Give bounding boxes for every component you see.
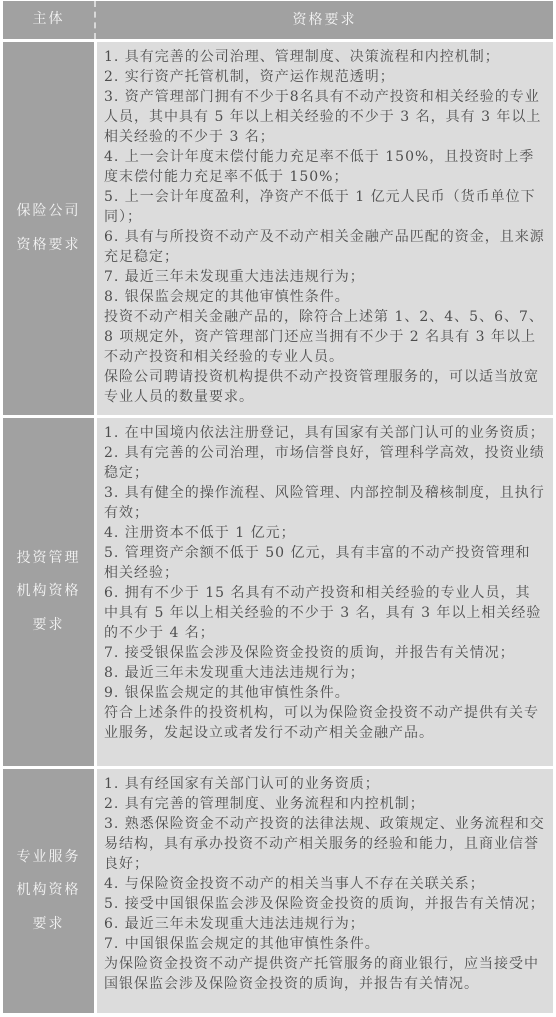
requirement-item: 6. 具有与所投资不动产及不动产相关金融产品匹配的资金，且来源充足稳定； — [104, 227, 545, 267]
row-label-line: 机构资格 — [17, 575, 81, 609]
requirement-item: 5. 接受中国银保监会涉及保险资金投资的质询，并报告有关情况； — [104, 894, 545, 914]
requirement-item: 投资不动产相关金融产品的，除符合上述第 1、2、4、5、6、7、8 项规定外，资… — [104, 307, 545, 367]
requirement-item: 5. 管理资产余额不低于 50 亿元，具有丰富的不动产投资管理和相关经验； — [104, 543, 545, 583]
requirement-item: 为保险资金投资不动产提供资产托管服务的商业银行，应当接受中国银保监会涉及保险资金… — [104, 954, 545, 994]
row-label-line: 资格要求 — [17, 229, 81, 263]
table-row: 保险公司资格要求 1. 具有完善的公司治理、管理制度、决策流程和内控机制；2. … — [3, 42, 553, 415]
requirement-item: 3. 具有健全的操作流程、风险管理、内部控制及稽核制度，且执行有效； — [104, 483, 545, 523]
table-row: 专业服务机构资格要求 1. 具有经国家有关部门认可的业务资质；2. 具有完善的管… — [3, 769, 553, 1013]
row-label-line: 保险公司 — [17, 195, 81, 229]
requirement-item: 2. 具有完善的管理制度、业务流程和内控机制； — [104, 794, 545, 814]
row-label-line: 机构资格 — [17, 874, 81, 908]
requirement-item: 7. 中国银保监会规定的其他审慎性条件。 — [104, 934, 545, 954]
requirement-item: 4. 上一会计年度末偿付能力充足率不低于 150%，且投资时上季度末偿付能力充足… — [104, 147, 545, 187]
row-label: 保险公司资格要求 — [3, 42, 94, 415]
row-label-line: 要求 — [33, 908, 65, 942]
requirement-item: 6. 拥有不少于 15 名具有不动产投资和相关经验的专业人员，其中具有 5 年以… — [104, 583, 545, 643]
row-requirements: 1. 在中国境内依法注册登记，具有国家有关部门认可的业务资质；2. 具有完善的公… — [97, 418, 553, 766]
header-requirement: 资格要求 — [94, 1, 553, 39]
requirement-item: 7. 最近三年未发现重大违法违规行为； — [104, 267, 545, 287]
requirement-item: 2. 具有完善的公司治理，市场信誉良好，管理科学高效，投资业绩稳定； — [104, 443, 545, 483]
requirement-item: 7. 接受银保监会涉及保险资金投资的质询，并报告有关情况； — [104, 643, 545, 663]
requirement-item: 8. 最近三年未发现重大违法违规行为； — [104, 663, 545, 683]
requirement-item: 3. 资产管理部门拥有不少于8名具有不动产投资和相关经验的专业人员，其中具有 5… — [104, 87, 545, 147]
row-requirements: 1. 具有完善的公司治理、管理制度、决策流程和内控机制；2. 实行资产托管机制，… — [97, 42, 553, 415]
requirement-item: 1. 具有经国家有关部门认可的业务资质； — [104, 774, 545, 794]
requirement-item: 9. 银保监会规定的其他审慎性条件。 — [104, 683, 545, 703]
row-label-line: 投资管理 — [17, 542, 81, 576]
requirement-item: 5. 上一会计年度盈利，净资产不低于 1 亿元人民币（货币单位下同）； — [104, 187, 545, 227]
row-requirements: 1. 具有经国家有关部门认可的业务资质；2. 具有完善的管理制度、业务流程和内控… — [97, 769, 553, 1013]
row-label-line: 专业服务 — [17, 841, 81, 875]
requirement-item: 4. 与保险资金投资不动产的相关当事人不存在关联关系； — [104, 874, 545, 894]
table-header-row: 主体 资格要求 — [3, 1, 553, 39]
requirement-item: 2. 实行资产托管机制，资产运作规范透明； — [104, 67, 545, 87]
requirement-item: 6. 最近三年未发现重大违法违规行为； — [104, 914, 545, 934]
requirement-item: 4. 注册资本不低于 1 亿元； — [104, 523, 545, 543]
row-label: 专业服务机构资格要求 — [3, 769, 94, 1013]
header-subject: 主体 — [3, 1, 94, 39]
qualification-table: 主体 资格要求 保险公司资格要求 1. 具有完善的公司治理、管理制度、决策流程和… — [0, 0, 556, 1017]
table-row: 投资管理机构资格要求 1. 在中国境内依法注册登记，具有国家有关部门认可的业务资… — [3, 418, 553, 766]
row-label-line: 要求 — [33, 609, 65, 643]
row-label: 投资管理机构资格要求 — [3, 418, 94, 766]
requirement-item: 1. 具有完善的公司治理、管理制度、决策流程和内控机制； — [104, 47, 545, 67]
requirement-item: 8. 银保监会规定的其他审慎性条件。 — [104, 287, 545, 307]
requirement-item: 符合上述条件的投资机构，可以为保险资金投资不动产提供有关专业服务，发起设立或者发… — [104, 703, 545, 743]
requirement-item: 3. 熟悉保险资金不动产投资的法律法规、政策规定、业务流程和交易结构，具有承办投… — [104, 814, 545, 874]
requirement-item: 1. 在中国境内依法注册登记，具有国家有关部门认可的业务资质； — [104, 423, 545, 443]
requirement-item: 保险公司聘请投资机构提供不动产投资管理服务的，可以适当放宽专业人员的数量要求。 — [104, 367, 545, 407]
